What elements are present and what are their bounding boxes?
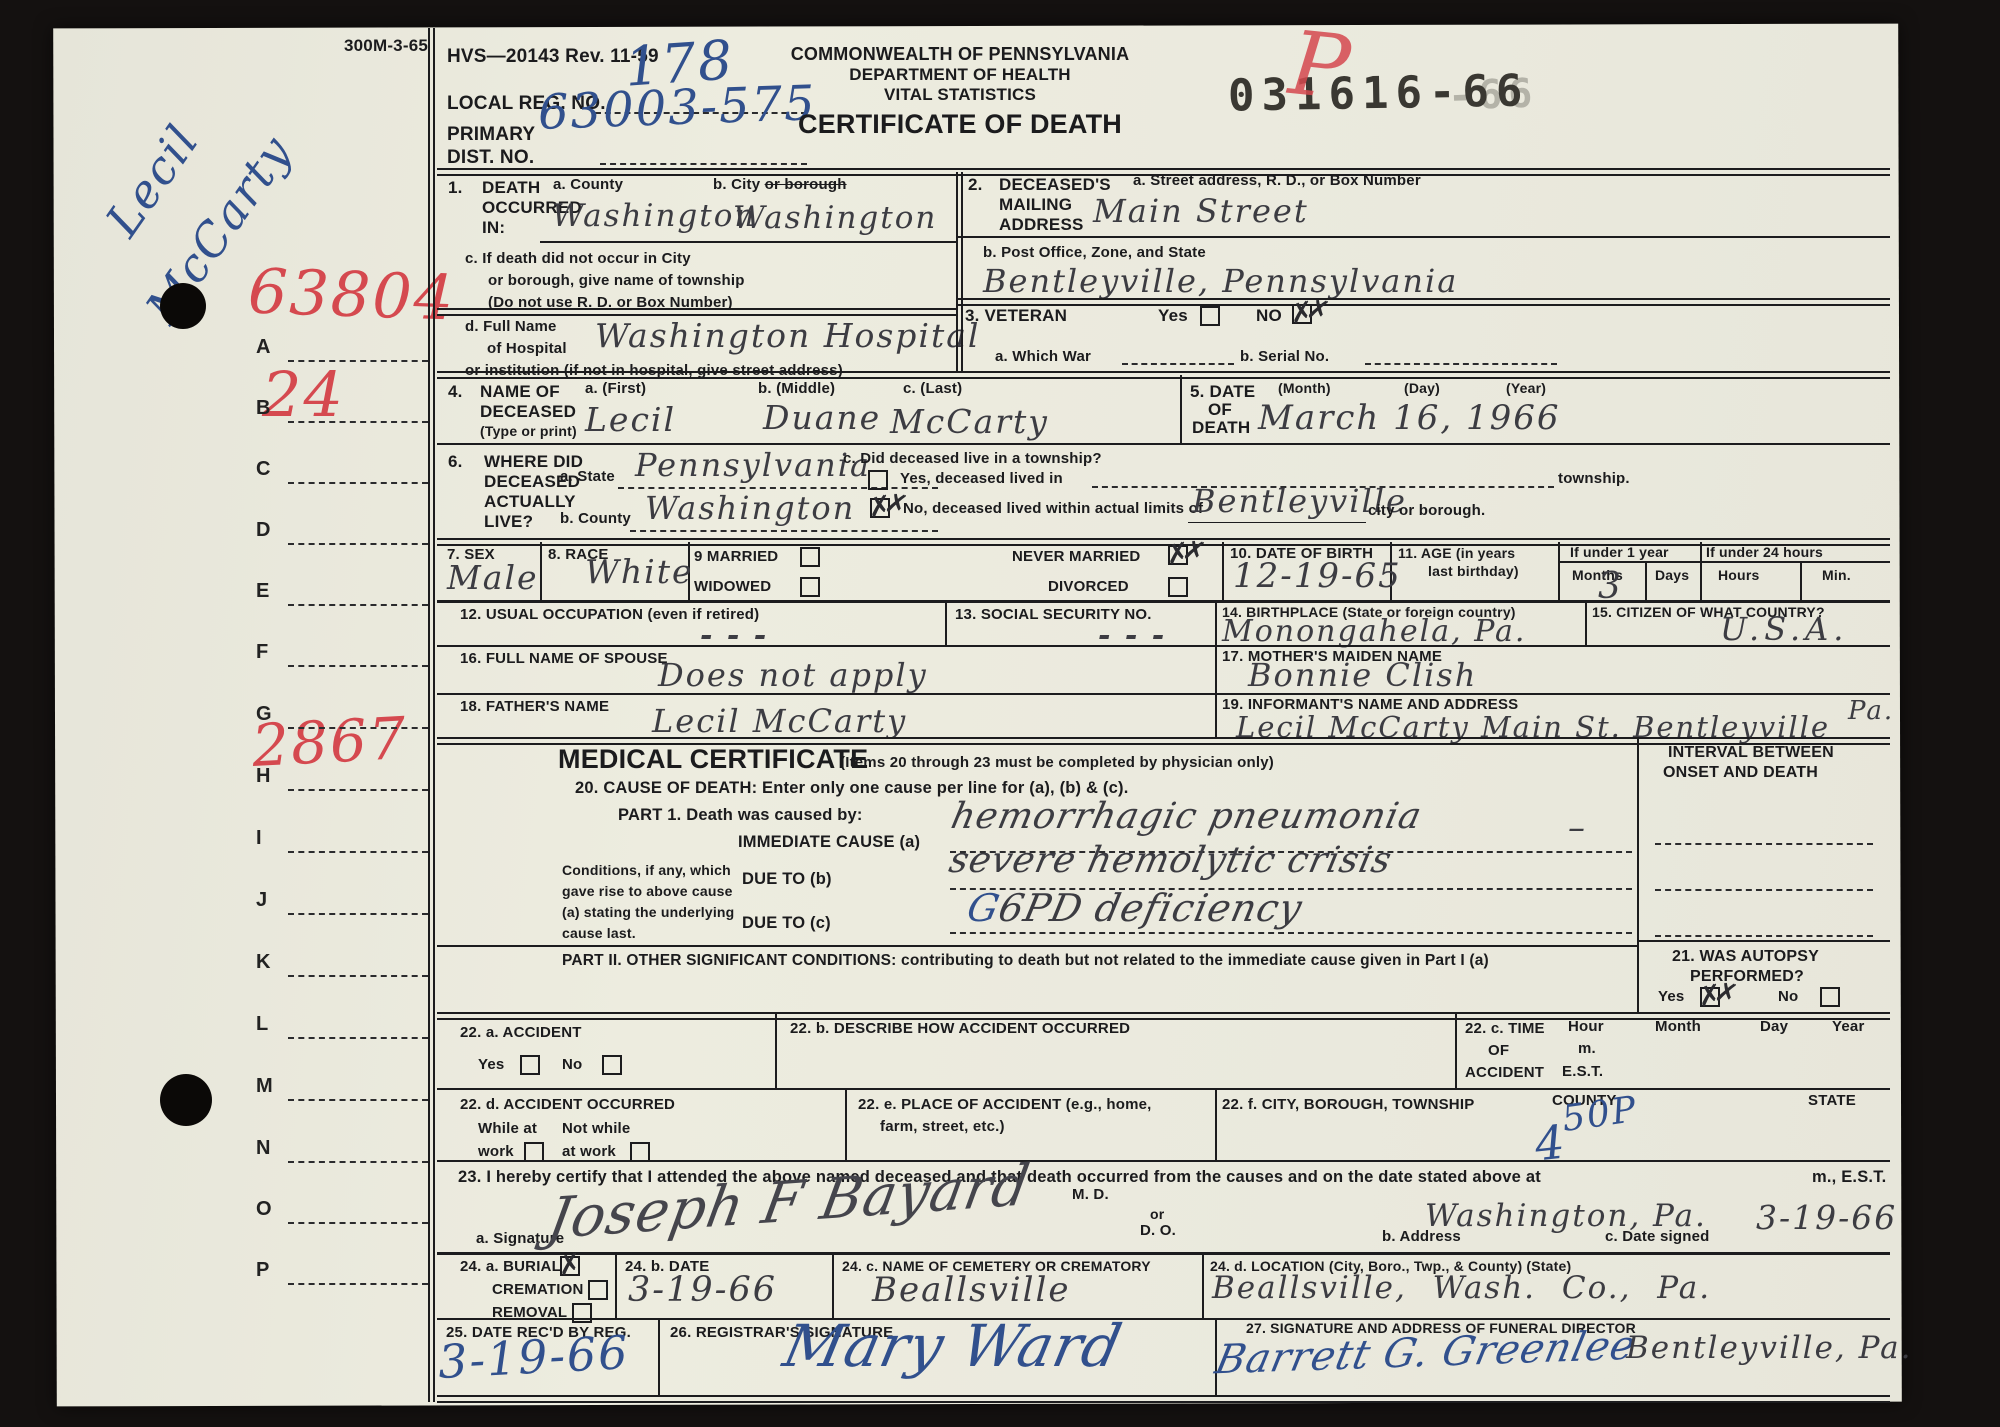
s4-num: 4.	[448, 382, 463, 402]
s6c-label: c. Did deceased live in a township?	[843, 450, 1102, 467]
s18-label: 18. FATHER'S NAME	[460, 698, 609, 715]
veteran-yes-checkbox	[1200, 306, 1220, 326]
spouse-value: Does not apply	[658, 656, 928, 694]
s23-do-label: D. O.	[1140, 1222, 1176, 1239]
s22c-label: 22. c. TIME	[1465, 1020, 1545, 1037]
divider	[956, 172, 963, 371]
township-yes-checkbox	[868, 470, 888, 490]
cemetery-location-value: Beallsville, Wash. Co., Pa.	[1212, 1270, 1711, 1306]
divider	[1700, 542, 1702, 600]
date-of-birth-value: 12-19-65	[1233, 556, 1402, 596]
s3-no-label: NO	[1256, 306, 1282, 326]
time-of-death-handwritten-bottom: 4	[1532, 1115, 1569, 1172]
divider	[1222, 542, 1224, 600]
married-checkbox	[800, 547, 820, 567]
index-letter: O	[256, 1198, 272, 1221]
divider	[437, 945, 1637, 947]
township-no-checkbox	[870, 498, 890, 518]
divider	[288, 1222, 428, 1224]
s1-label: IN:	[482, 218, 505, 238]
s21-no-label: No	[1778, 988, 1798, 1005]
divider	[1800, 562, 1802, 600]
divider	[950, 932, 1632, 934]
divider	[945, 600, 947, 645]
s20-conditions-text: Conditions, if any, which	[562, 862, 731, 878]
divider	[958, 236, 1890, 238]
accident-yes-checkbox	[520, 1055, 540, 1075]
s2-num: 2.	[968, 175, 983, 195]
birthplace-value: Monongahela, Pa.	[1222, 614, 1526, 649]
header-title-block: COMMONWEALTH OF PENNSYLVANIA DEPARTMENT …	[790, 44, 1130, 140]
s22f-state-label: STATE	[1808, 1092, 1856, 1109]
s1b-value: Washington	[733, 200, 937, 236]
s3-label: 3. VETERAN	[965, 306, 1067, 326]
s5-month-label: (Month)	[1278, 380, 1331, 396]
race-value: White	[585, 552, 694, 591]
divider	[437, 645, 1890, 647]
hole-punch-bottom	[160, 1074, 212, 1126]
s1c-line1: c. If death did not occur in City	[465, 250, 691, 267]
cause-a-dash: –	[1568, 808, 1587, 848]
index-letter: D	[256, 519, 270, 542]
divider	[600, 163, 807, 165]
stub-red-number-a: 63804	[247, 254, 457, 334]
divider	[288, 482, 428, 484]
burial-checkbox	[560, 1256, 580, 1276]
s11-label: last birthday)	[1428, 563, 1519, 579]
s1-label: DEATH	[482, 178, 540, 198]
index-letter: H	[256, 765, 270, 788]
s20-conditions-text: (a) stating the underlying	[562, 904, 734, 920]
s6c-yes-label: Yes, deceased lived in	[900, 470, 1063, 487]
file-number-stamp-ghost: -66	[1447, 70, 1539, 119]
registrar-signature: Mary Ward	[778, 1312, 1128, 1380]
divider	[288, 1161, 428, 1163]
deceased-last-name: McCarty	[890, 402, 1049, 441]
s9-widowed-label: WIDOWED	[694, 578, 771, 595]
divider	[1202, 1252, 1204, 1318]
s6b-value: Washington	[645, 489, 855, 527]
s22d-atwork-label: at work	[562, 1143, 616, 1160]
s6b-label: b. County	[560, 510, 631, 527]
s22c-year-label: Year	[1832, 1018, 1865, 1035]
divider	[437, 371, 1890, 379]
s20-conditions-text: cause last.	[562, 925, 636, 941]
s2b-label: b. Post Office, Zone, and State	[983, 244, 1206, 261]
cause-a-value: hemorrhagic pneumonia	[948, 796, 1426, 837]
header-line3: VITAL STATISTICS	[790, 85, 1130, 105]
divider	[288, 851, 428, 853]
s11-min-label: Min.	[1822, 567, 1851, 583]
s23-date-signed-label: c. Date signed	[1605, 1228, 1710, 1245]
s22b-label: 22. b. DESCRIBE HOW ACCIDENT OCCURRED	[790, 1020, 1130, 1037]
s4c-label: c. (Last)	[903, 380, 962, 397]
s1b-struck-text: or borough	[765, 176, 847, 193]
s22c-label: ACCIDENT	[1465, 1064, 1544, 1081]
divider	[1188, 522, 1366, 523]
s22a-no-label: No	[562, 1056, 582, 1073]
mother-maiden-name-value: Bonnie Clish	[1248, 656, 1477, 694]
divider	[540, 542, 542, 600]
s22d-notwhile-label: Not while	[562, 1120, 630, 1137]
s22c-hour-label: Hour	[1568, 1018, 1604, 1035]
s22e-label: farm, street, etc.)	[880, 1118, 1005, 1135]
dist-no-value: 63003-575	[537, 75, 817, 141]
divider	[1655, 935, 1873, 937]
s9-married-label: 9 MARRIED	[694, 548, 778, 565]
funeral-director-address: Bentleyville, Pa.	[1626, 1330, 1912, 1366]
divider	[437, 693, 1890, 695]
s3b-label: b. Serial No.	[1240, 348, 1329, 365]
header-line2: DEPARTMENT OF HEALTH	[790, 65, 1130, 85]
index-letter: E	[256, 580, 269, 603]
divider	[775, 1012, 777, 1088]
divider	[288, 1099, 428, 1101]
divorced-checkbox	[1168, 577, 1188, 597]
cause-b-value: severe hemolytic crisis	[946, 840, 1396, 881]
deceased-middle-name: Duane	[763, 398, 881, 437]
s6a-label: a. State	[560, 468, 615, 485]
ssn-value: - - -	[1098, 618, 1166, 653]
divider	[1215, 600, 1217, 645]
s22c-est-label: E.S.T.	[1562, 1063, 1603, 1080]
informant-state-value: Pa.	[1848, 696, 1894, 726]
divider	[1558, 561, 1890, 563]
s2-label: MAILING	[999, 195, 1072, 215]
date-of-death-value: March 16, 1966	[1258, 398, 1561, 438]
index-letter: I	[256, 827, 262, 850]
divider	[437, 1318, 1890, 1320]
s16-label: 16. FULL NAME OF SPOUSE	[460, 650, 668, 667]
index-letter: P	[256, 1259, 269, 1282]
s22e-label: 22. e. PLACE OF ACCIDENT (e.g., home,	[858, 1096, 1152, 1113]
divider	[1180, 375, 1182, 443]
autopsy-no-checkbox	[1820, 987, 1840, 1007]
s3a-label: a. Which War	[995, 348, 1091, 365]
s4-label: (Type or print)	[480, 423, 577, 439]
occupation-value: - - -	[700, 618, 768, 653]
s5-year-label: (Year)	[1506, 380, 1546, 396]
primary-label: PRIMARY	[447, 124, 535, 146]
red-p-mark: P	[1285, 11, 1357, 120]
s21-label: 21. WAS AUTOPSY	[1672, 948, 1819, 966]
divider	[437, 443, 1890, 445]
s1c-line2: or borough, give name of township	[488, 272, 745, 289]
divider	[437, 1252, 1890, 1255]
s11-label: 11. AGE (in years	[1398, 545, 1515, 561]
s20-immediate-label: IMMEDIATE CAUSE (a)	[738, 833, 920, 852]
s23-est-label: m., E.S.T.	[1812, 1168, 1886, 1187]
divider	[1637, 737, 1639, 1012]
header-line1: COMMONWEALTH OF PENNSYLVANIA	[790, 44, 1130, 65]
index-letter: L	[256, 1013, 268, 1036]
stub-red-number-h: 2867	[250, 704, 409, 780]
s5-label: OF	[1208, 400, 1232, 420]
medical-certificate-title: MEDICAL CERTIFICATE	[558, 744, 868, 775]
divider	[1215, 1088, 1217, 1160]
s6c-township-label: township.	[1558, 470, 1630, 487]
divider	[288, 543, 428, 545]
sex-value: Male	[447, 558, 539, 597]
divider	[288, 360, 428, 362]
deceased-first-name: Lecil	[585, 400, 676, 439]
autopsy-yes-checkbox	[1700, 987, 1720, 1007]
divider	[437, 1395, 1890, 1403]
accident-at-work-checkbox	[524, 1142, 544, 1162]
divider	[832, 1252, 834, 1318]
s11-days-label: Days	[1655, 567, 1689, 583]
s22c-m-label: m.	[1578, 1040, 1596, 1057]
stub-print-code: 300M-3-65	[344, 36, 428, 56]
s6-num: 6.	[448, 452, 463, 472]
s11-under24-label: If under 24 hours	[1706, 544, 1823, 560]
cremation-checkbox	[588, 1280, 608, 1300]
stub-border	[428, 28, 435, 1402]
s6-label: LIVE?	[484, 512, 533, 532]
citizen-value: U.S.A.	[1720, 610, 1848, 648]
s1a-label: a. County	[553, 176, 623, 193]
cause-c-value: G6PD deficiency	[963, 886, 1306, 930]
dist-no-label: DIST. NO.	[447, 147, 534, 169]
s22f-label: 22. f. CITY, BOROUGH, TOWNSHIP	[1222, 1096, 1474, 1113]
s22d-while-label: While at	[478, 1120, 537, 1137]
s5-day-label: (Day)	[1404, 380, 1440, 396]
removal-checkbox	[572, 1303, 592, 1323]
burial-date-value: 3-19-66	[628, 1270, 777, 1310]
s4-label: NAME OF	[480, 382, 560, 402]
divider	[658, 1318, 660, 1395]
index-letter: F	[256, 641, 268, 664]
s1d-value: Washington Hospital	[595, 316, 980, 355]
s1a-value: Washington	[552, 198, 756, 234]
s20-part2-label: PART II. OTHER SIGNIFICANT CONDITIONS: c…	[562, 952, 1489, 970]
index-letter: B	[256, 397, 270, 420]
s22a-label: 22. a. ACCIDENT	[460, 1024, 582, 1041]
s22d-work-label: work	[478, 1143, 514, 1160]
s3-yes-label: Yes	[1158, 306, 1188, 326]
s22a-yes-label: Yes	[478, 1056, 504, 1073]
divider	[1585, 600, 1587, 645]
divider	[437, 308, 958, 316]
divider	[1215, 645, 1217, 737]
s11-under1-label: If under 1 year	[1570, 544, 1669, 560]
s5-label: DEATH	[1192, 418, 1250, 438]
date-received-value: 3-19-66	[437, 1325, 631, 1389]
widowed-checkbox	[800, 577, 820, 597]
s11-hours-label: Hours	[1718, 567, 1759, 583]
s22c-label: OF	[1488, 1042, 1509, 1059]
s22d-label: 22. d. ACCIDENT OCCURRED	[460, 1096, 675, 1113]
s1d-label2: of Hospital	[487, 340, 567, 357]
s1-num: 1.	[448, 178, 463, 198]
s6-label: ACTUALLY	[484, 492, 576, 512]
divider	[1558, 542, 1560, 600]
index-letter: K	[256, 951, 270, 974]
divider	[615, 1252, 617, 1318]
interval-label: ONSET AND DEATH	[1663, 764, 1818, 782]
divider	[288, 421, 428, 423]
s1d-label1: d. Full Name	[465, 318, 557, 335]
divider	[288, 727, 428, 729]
s5-label: 5. DATE	[1190, 382, 1255, 402]
s6a-value: Pennsylvania	[635, 446, 871, 484]
never-married-checkbox	[1168, 545, 1188, 565]
index-letter: M	[256, 1075, 273, 1098]
divider	[1122, 363, 1234, 365]
s23-md-label: M. D.	[1072, 1186, 1109, 1203]
s22c-day-label: Day	[1760, 1018, 1788, 1035]
s6c-no-label: No, deceased lived within actual limits …	[903, 500, 1203, 517]
father-name-value: Lecil McCarty	[652, 702, 907, 740]
divider	[437, 1088, 1890, 1090]
divider	[1655, 889, 1873, 891]
divider	[1455, 1012, 1457, 1088]
s1b-label: b. City or borough	[713, 176, 847, 193]
divider	[437, 600, 1890, 603]
index-letter: G	[256, 703, 272, 726]
s2a-label: a. Street address, R. D., or Box Number	[1133, 172, 1421, 189]
accident-not-at-work-checkbox	[630, 1142, 650, 1162]
hole-punch-top	[160, 283, 206, 329]
divider	[1365, 363, 1557, 365]
s21-yes-label: Yes	[1658, 988, 1684, 1005]
divider	[288, 1283, 428, 1285]
s4-label: DECEASED	[480, 402, 576, 422]
s4a-label: a. (First)	[585, 380, 646, 397]
death-certificate-scan: 300M-3-65 Lecil McCarty 63804 24 2867 A …	[0, 0, 2000, 1427]
s20-conditions-text: gave rise to above cause	[562, 883, 733, 899]
cemetery-value: Beallsville	[872, 1270, 1071, 1310]
s9-never-married-label: NEVER MARRIED	[1012, 548, 1140, 565]
s9-divorced-label: DIVORCED	[1048, 578, 1129, 595]
s20-due-c-label: DUE TO (c)	[742, 914, 831, 933]
divider	[845, 1088, 847, 1160]
index-letter: N	[256, 1137, 270, 1160]
page-title: CERTIFICATE OF DEATH	[790, 109, 1130, 140]
s20-part1-label: PART 1. Death was caused by:	[618, 806, 863, 825]
accident-no-checkbox	[602, 1055, 622, 1075]
index-letter: C	[256, 458, 270, 481]
divider	[1645, 562, 1647, 600]
s24-burial-label: 24. a. BURIAL	[460, 1258, 561, 1275]
divider	[288, 975, 428, 977]
divider	[540, 241, 956, 243]
divider	[630, 530, 938, 532]
divider	[288, 604, 428, 606]
s2b-value: Bentleyville, Pennsylvania	[983, 262, 1458, 300]
divider	[288, 665, 428, 667]
divider	[958, 298, 1890, 306]
s23-or-label: or	[1150, 1206, 1164, 1222]
s22c-month-label: Month	[1655, 1018, 1701, 1035]
s2-label: ADDRESS	[999, 215, 1084, 235]
interval-label: INTERVAL BETWEEN	[1668, 744, 1834, 762]
s2a-value: Main Street	[1093, 192, 1309, 230]
medical-certificate-subtitle: (Items 20 through 23 must be completed b…	[840, 754, 1274, 771]
divider	[288, 913, 428, 915]
divider	[1655, 843, 1873, 845]
divider	[288, 1037, 428, 1039]
divider	[1637, 940, 1890, 942]
s6c-city-label: city or borough.	[1368, 502, 1485, 519]
s4b-label: b. (Middle)	[758, 380, 835, 397]
date-signed-value: 3-19-66	[1756, 1198, 1897, 1237]
divider	[288, 789, 428, 791]
veteran-no-checkbox	[1292, 304, 1312, 324]
index-letter: A	[256, 336, 270, 359]
s24-cremation-label: CREMATION	[492, 1281, 584, 1298]
index-letter: J	[256, 889, 267, 912]
divider	[437, 1160, 1890, 1162]
s20-due-b-label: DUE TO (b)	[742, 870, 832, 889]
